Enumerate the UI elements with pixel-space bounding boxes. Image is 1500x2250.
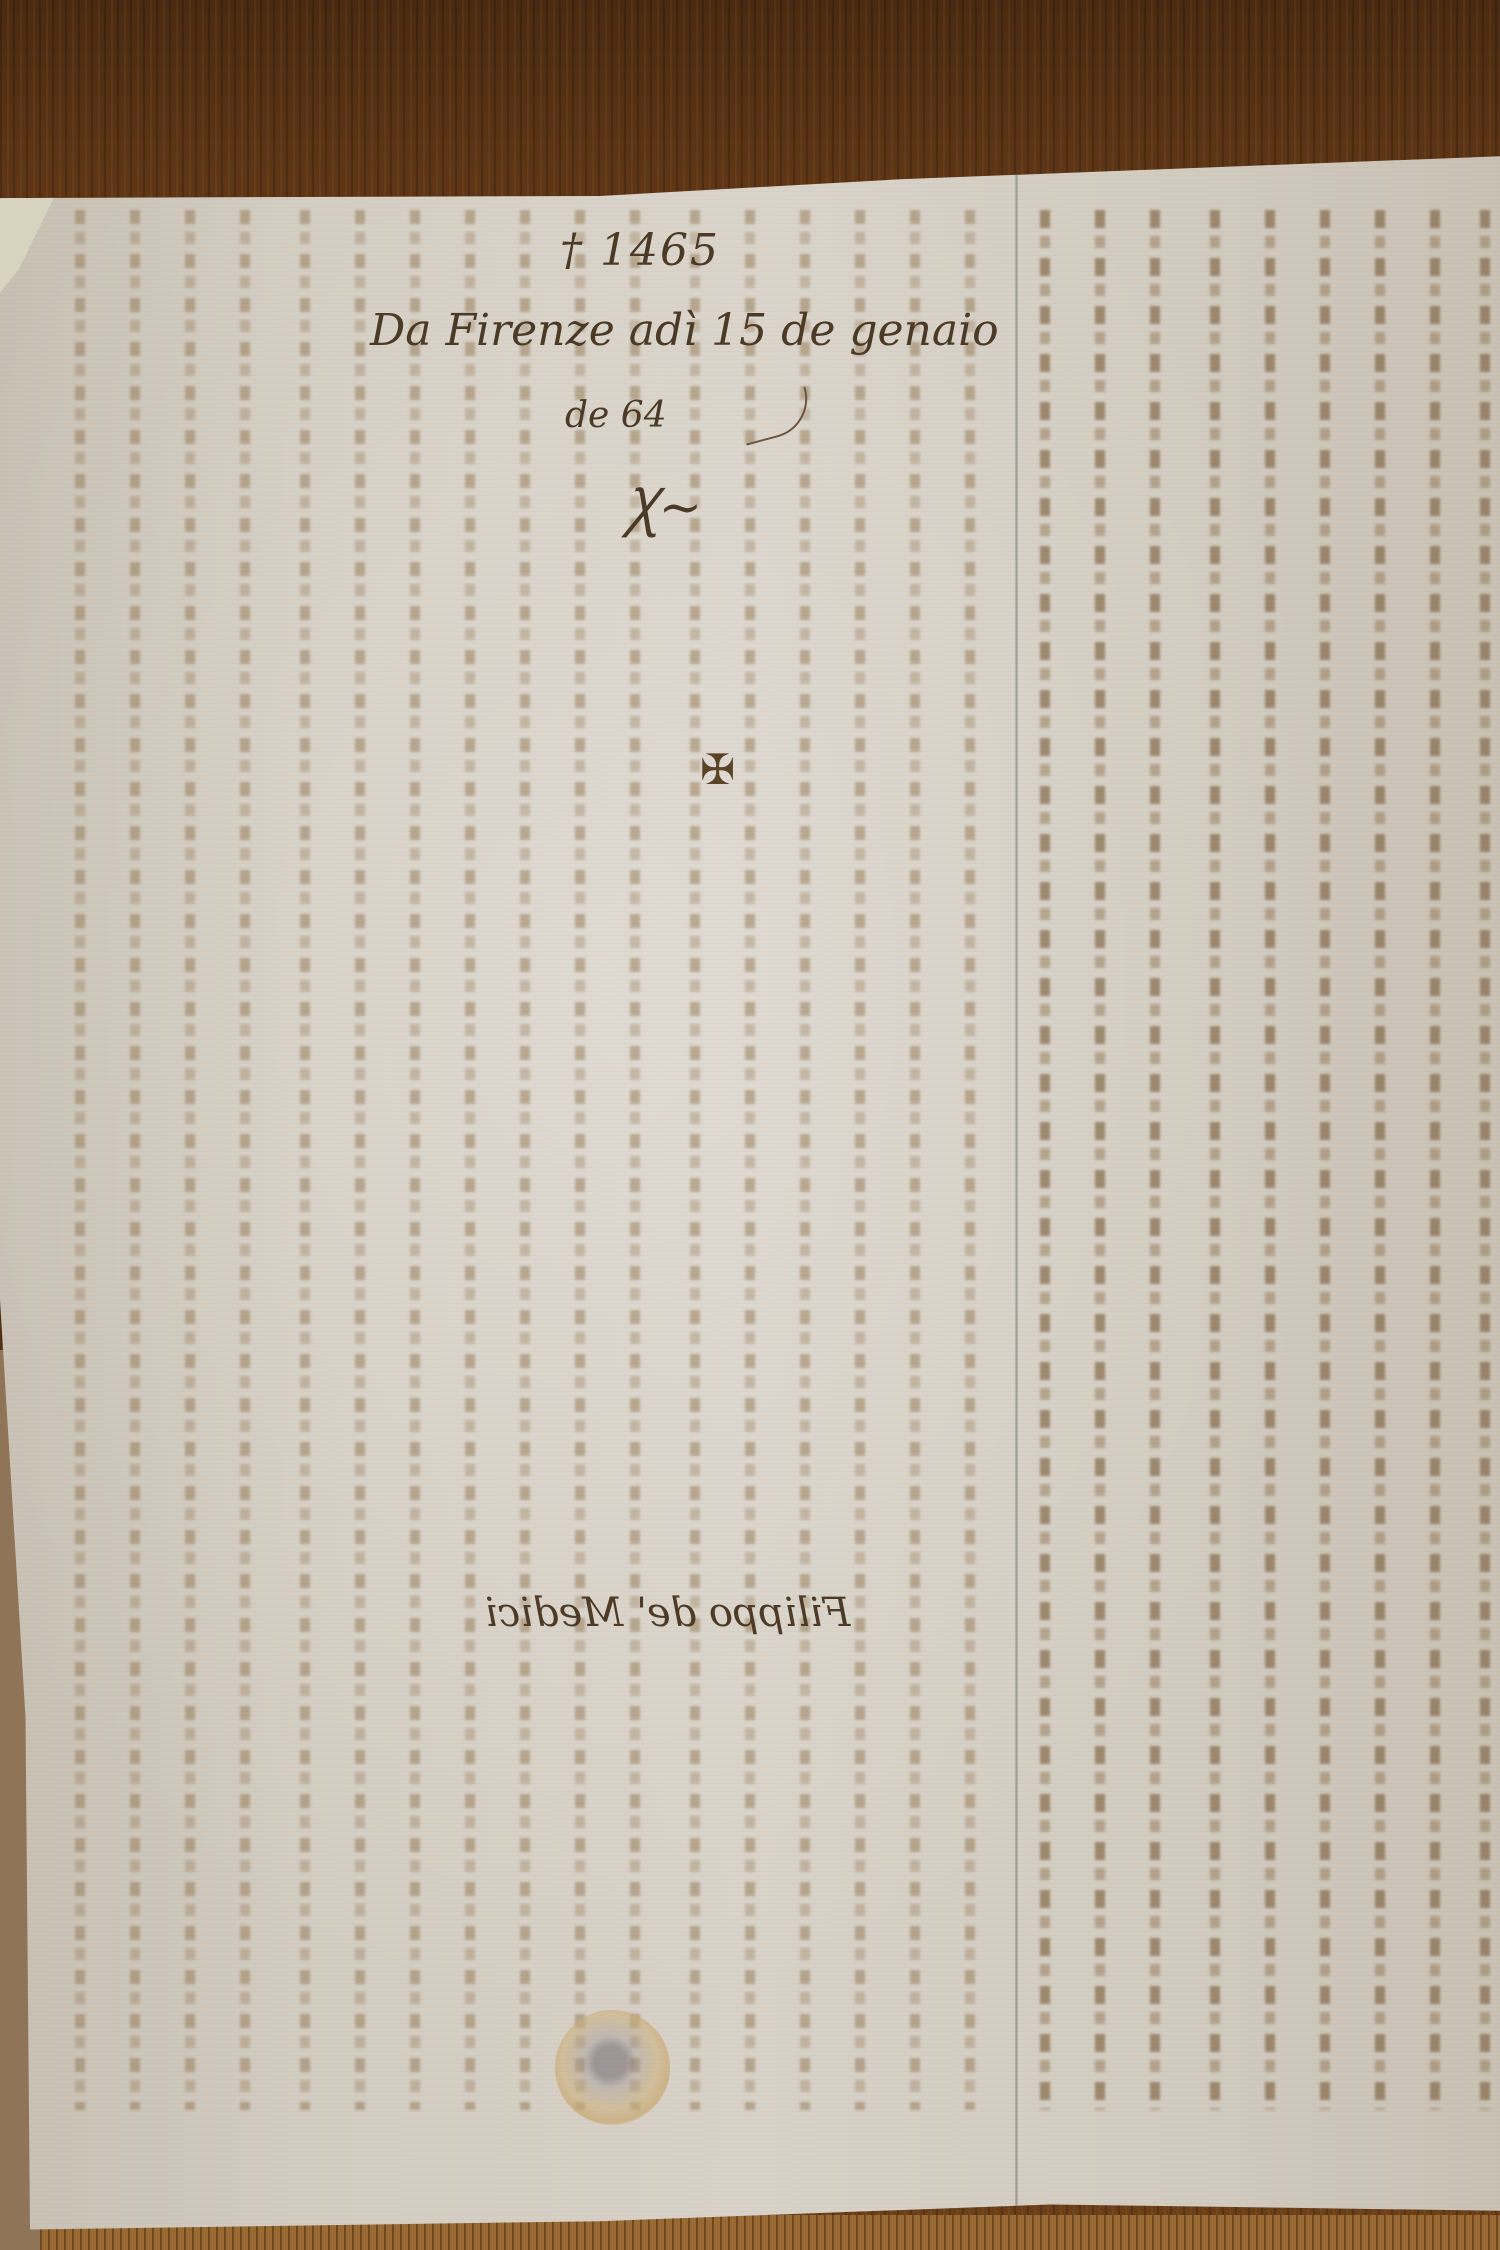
bleed-through-text-column: [1430, 210, 1440, 2110]
bleed-through-text-column: [75, 210, 85, 2110]
bleed-through-text-column: [410, 210, 420, 2110]
bleed-through-text-column: [300, 210, 310, 2110]
fold-crease: [1015, 170, 1018, 2230]
docket-place-date: Da Firenze adì 15 de genaio: [370, 305, 999, 356]
bleed-through-text-column: [130, 210, 140, 2110]
bleed-through-text-column: [965, 210, 975, 2110]
bleed-through-text-column: [465, 210, 475, 2110]
bleed-through-text-column: [355, 210, 365, 2110]
bleed-through-text-column: [1095, 210, 1105, 2110]
bleed-through-text-column: [185, 210, 195, 2110]
bleed-through-text-column: [1320, 210, 1330, 2110]
bleed-through-text-column: [855, 210, 865, 2110]
bleed-through-text-column: [800, 210, 810, 2110]
docket-year-short: de 64: [565, 395, 667, 436]
bleed-through-text-column: [1150, 210, 1160, 2110]
bleed-through-text-column: [1265, 210, 1275, 2110]
bleed-through-text-column: [520, 210, 530, 2110]
bleed-through-text-column: [1040, 210, 1050, 2110]
bleed-through-text-column: [910, 210, 920, 2110]
docket-mark: Ꭓ~: [625, 470, 702, 541]
bleed-through-text-column: [1210, 210, 1220, 2110]
docket-year: † 1465: [560, 225, 720, 276]
ink-stain: [555, 2010, 670, 2125]
reversed-signature: Filippo de' Medici: [485, 1590, 850, 1636]
cross-mark-icon: ✠: [700, 745, 735, 794]
bleed-through-text-column: [745, 210, 755, 2110]
manuscript-page: [0, 150, 1500, 2240]
bleed-through-text-column: [1480, 210, 1490, 2110]
bleed-through-text-column: [1375, 210, 1385, 2110]
bleed-through-text-column: [575, 210, 585, 2110]
bleed-through-text-column: [240, 210, 250, 2110]
